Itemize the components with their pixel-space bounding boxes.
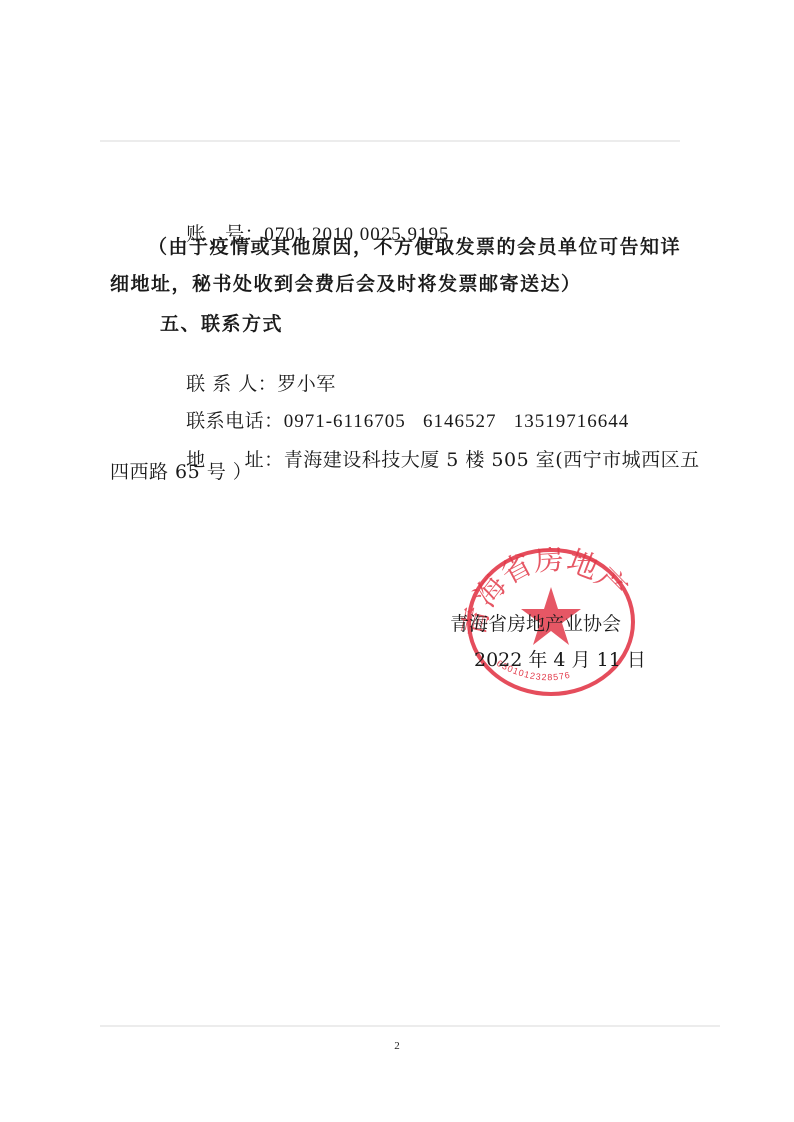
invoice-note-line-1: （由于疫情或其他原因，不方便取发票的会员单位可告知详 (148, 235, 681, 259)
section-heading-contact: 五、联系方式 (160, 312, 283, 336)
document-page: 账 号：0701 2010 0025 9195 （由于疫情或其他原因，不方便取发… (0, 0, 794, 1122)
address-line-2: 四西路 65 号 ） (110, 460, 252, 484)
signature-organization: 青海省房地产业协会 (450, 612, 621, 636)
bleed-through-artifact (100, 140, 680, 142)
bleed-through-artifact (100, 1025, 720, 1027)
signature-date: 2022 年 4 月 11 日 (474, 648, 646, 672)
address-text: 青海建设科技大厦 5 楼 505 室(西宁市城西区五 (284, 449, 700, 471)
invoice-note-line-2: 细地址，秘书处收到会费后会及时将发票邮寄送达） (110, 272, 582, 296)
page-number: 2 (0, 1040, 794, 1052)
